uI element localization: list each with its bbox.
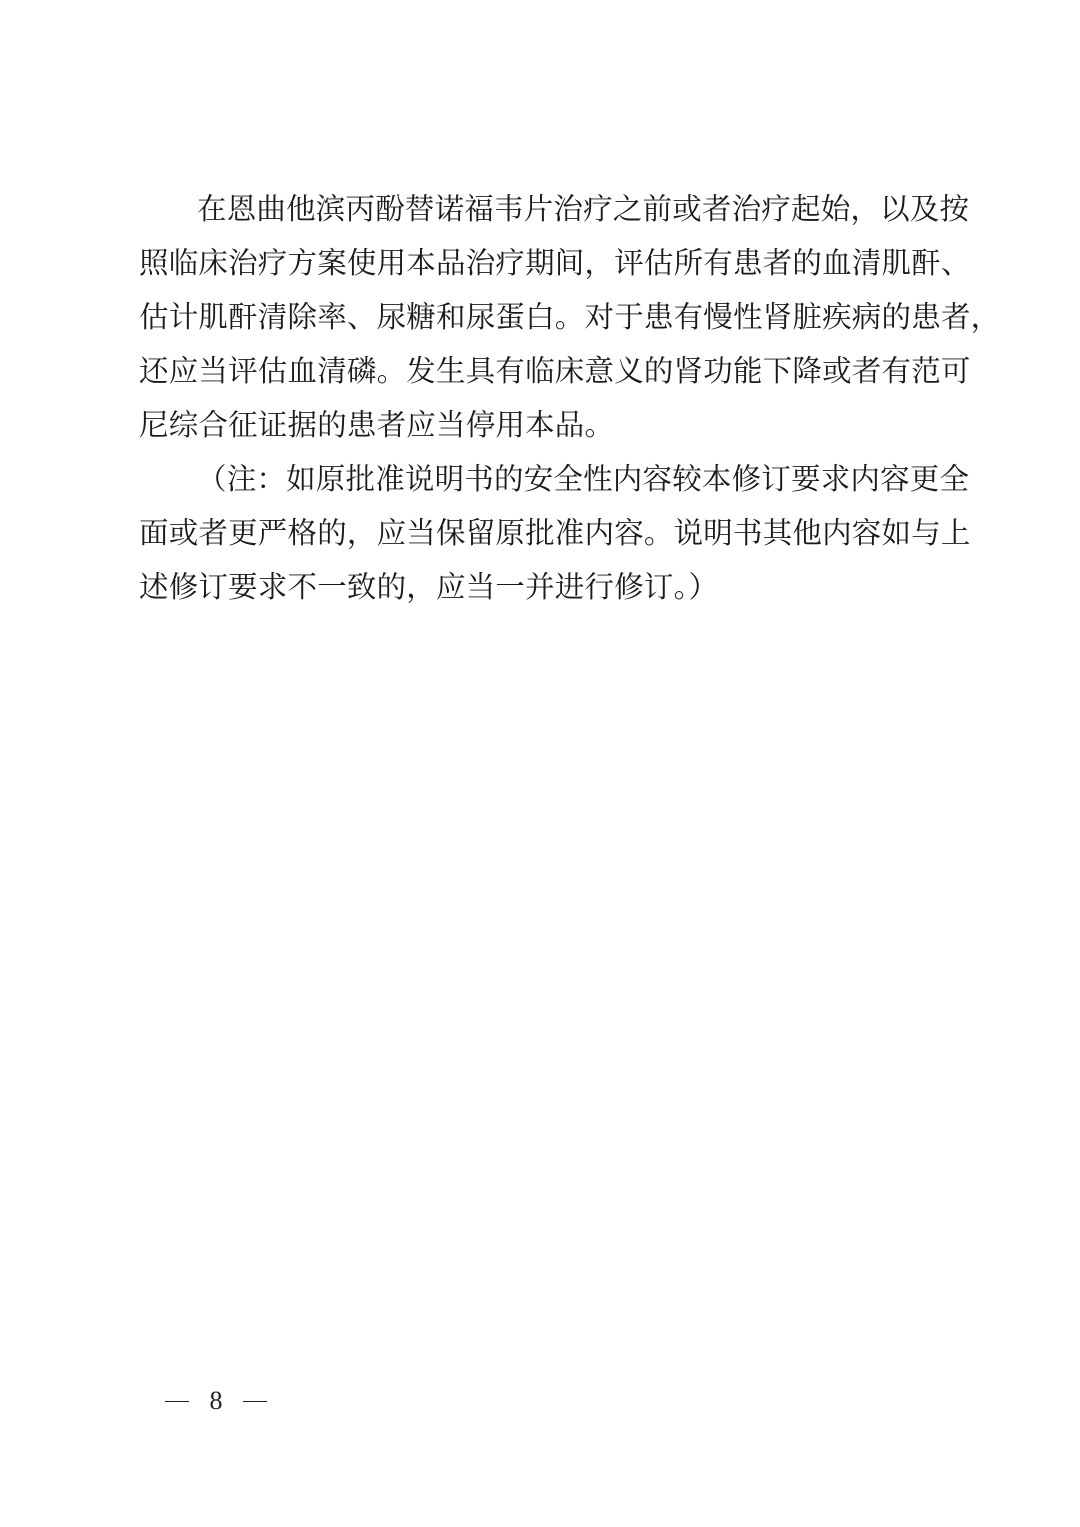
- text-line: 述修订要求不一致的，应当一并进行修订。）: [139, 560, 941, 614]
- text-line: 照临床治疗方案使用本品治疗期间，评估所有患者的血清肌酐、: [139, 236, 941, 290]
- text-line: 在恩曲他滨丙酚替诺福韦片治疗之前或者治疗起始，以及按: [139, 182, 941, 236]
- text-line: 估计肌酐清除率、尿糖和尿蛋白。对于患有慢性肾脏疾病的患者，: [139, 290, 941, 344]
- text-line: （注：如原批准说明书的安全性内容较本修订要求内容更全: [139, 452, 941, 506]
- dash-decoration-right: [243, 1401, 267, 1402]
- page-footer: 8: [165, 1386, 267, 1416]
- paragraph-renal-monitoring: 在恩曲他滨丙酚替诺福韦片治疗之前或者治疗起始，以及按 照临床治疗方案使用本品治疗…: [139, 182, 941, 452]
- text-line: 尼综合征证据的患者应当停用本品。: [139, 398, 941, 452]
- paragraph-note: （注：如原批准说明书的安全性内容较本修订要求内容更全 面或者更严格的，应当保留原…: [139, 452, 941, 614]
- page-number: 8: [210, 1386, 223, 1416]
- text-line: 还应当评估血清磷。发生具有临床意义的肾功能下降或者有范可: [139, 344, 941, 398]
- text-line: 面或者更严格的，应当保留原批准内容。说明书其他内容如与上: [139, 506, 941, 560]
- document-body: 在恩曲他滨丙酚替诺福韦片治疗之前或者治疗起始，以及按 照临床治疗方案使用本品治疗…: [139, 182, 941, 614]
- dash-decoration-left: [165, 1401, 189, 1402]
